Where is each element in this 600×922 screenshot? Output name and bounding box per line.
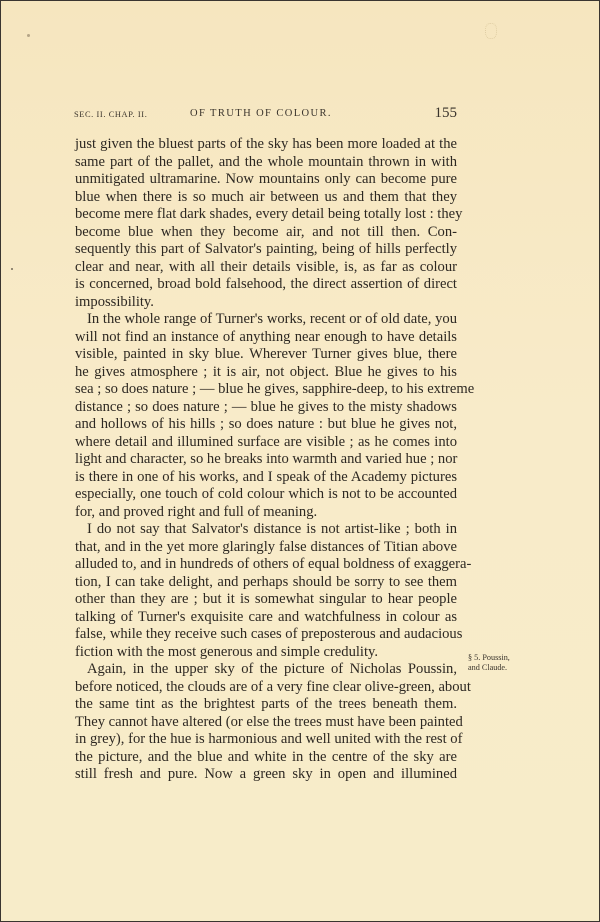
- text-line: for, and proved right and full of meanin…: [75, 504, 457, 522]
- paragraph-start-line: I do not say that Salvator's distance is…: [75, 521, 457, 539]
- margin-note: § 5. Poussin, and Claude.: [468, 653, 548, 673]
- paragraph-start-line: Again, in the upper sky of the picture o…: [75, 661, 457, 679]
- faint-stamp-mark: [485, 23, 497, 39]
- text-line: the picture, and the blue and white in t…: [75, 749, 457, 767]
- text-line: clear and near, with all their details v…: [75, 259, 457, 277]
- text-line: visible, painted in sky blue. Wherever T…: [75, 346, 457, 364]
- text-line: blue when there is so much air between u…: [75, 189, 457, 207]
- text-line: just given the bluest parts of the sky h…: [75, 136, 457, 154]
- body-text: just given the bluest parts of the sky h…: [75, 136, 457, 784]
- page-number: 155: [435, 105, 458, 122]
- text-line: especially, one touch of cold colour whi…: [75, 486, 457, 504]
- running-title: OF TRUTH OF COLOUR.: [190, 108, 332, 119]
- text-line: and hollows of his hills ; so does natur…: [75, 416, 457, 434]
- book-page: SEC. II. CHAP. II. OF TRUTH OF COLOUR. 1…: [0, 0, 600, 922]
- text-line: other than they are ; but it is somewhat…: [75, 591, 457, 609]
- text-line: the same tint as the brightest parts of …: [75, 696, 457, 714]
- text-line: he gives atmosphere ; it is air, not obj…: [75, 364, 457, 382]
- text-line: unmitigated ultramarine. Now mountains o…: [75, 171, 457, 189]
- text-line: is concerned, broad bold falsehood, the …: [75, 276, 457, 294]
- text-line: same part of the pallet, and the whole m…: [75, 154, 457, 172]
- text-line: where detail and illumined surface are v…: [75, 434, 457, 452]
- text-line: light and character, so he breaks into w…: [75, 451, 457, 469]
- paper-speck: [27, 34, 30, 37]
- text-line: is there in one of his works, and I spea…: [75, 469, 457, 487]
- margin-note-line: and Claude.: [468, 663, 548, 673]
- text-line: fiction with the most generous and simpl…: [75, 644, 457, 662]
- text-line: talking of Turner's exquisite care and w…: [75, 609, 457, 627]
- running-header: SEC. II. CHAP. II. OF TRUTH OF COLOUR. 1…: [74, 105, 457, 125]
- margin-note-line: § 5. Poussin,: [468, 653, 548, 663]
- text-line: false, while they receive such cases of …: [75, 626, 457, 644]
- text-line: in grey), for the hue is harmonious and …: [75, 731, 457, 749]
- paper-speck: [11, 268, 13, 270]
- text-line: sea ; so does nature ; — blue he gives, …: [75, 381, 457, 399]
- text-line: impossibility.: [75, 294, 457, 312]
- section-chapter-label: SEC. II. CHAP. II.: [74, 110, 147, 119]
- text-line: sequently this part of Salvator's painti…: [75, 241, 457, 259]
- text-line: before noticed, the clouds are of a very…: [75, 679, 457, 697]
- text-line: become blue when they become air, and no…: [75, 224, 457, 242]
- paragraph-start-line: In the whole range of Turner's works, re…: [75, 311, 457, 329]
- text-line: that, and in the yet more glaringly fals…: [75, 539, 457, 557]
- text-line: become mere flat dark shades, every deta…: [75, 206, 457, 224]
- text-line: will not find an instance of anything ne…: [75, 329, 457, 347]
- text-line: They cannot have altered (or else the tr…: [75, 714, 457, 732]
- text-line: distance ; so does nature ; — blue he gi…: [75, 399, 457, 417]
- text-line: alluded to, and in hundreds of others of…: [75, 556, 457, 574]
- text-line: tion, I can take delight, and perhaps sh…: [75, 574, 457, 592]
- text-line: still fresh and pure. Now a green sky in…: [75, 766, 457, 784]
